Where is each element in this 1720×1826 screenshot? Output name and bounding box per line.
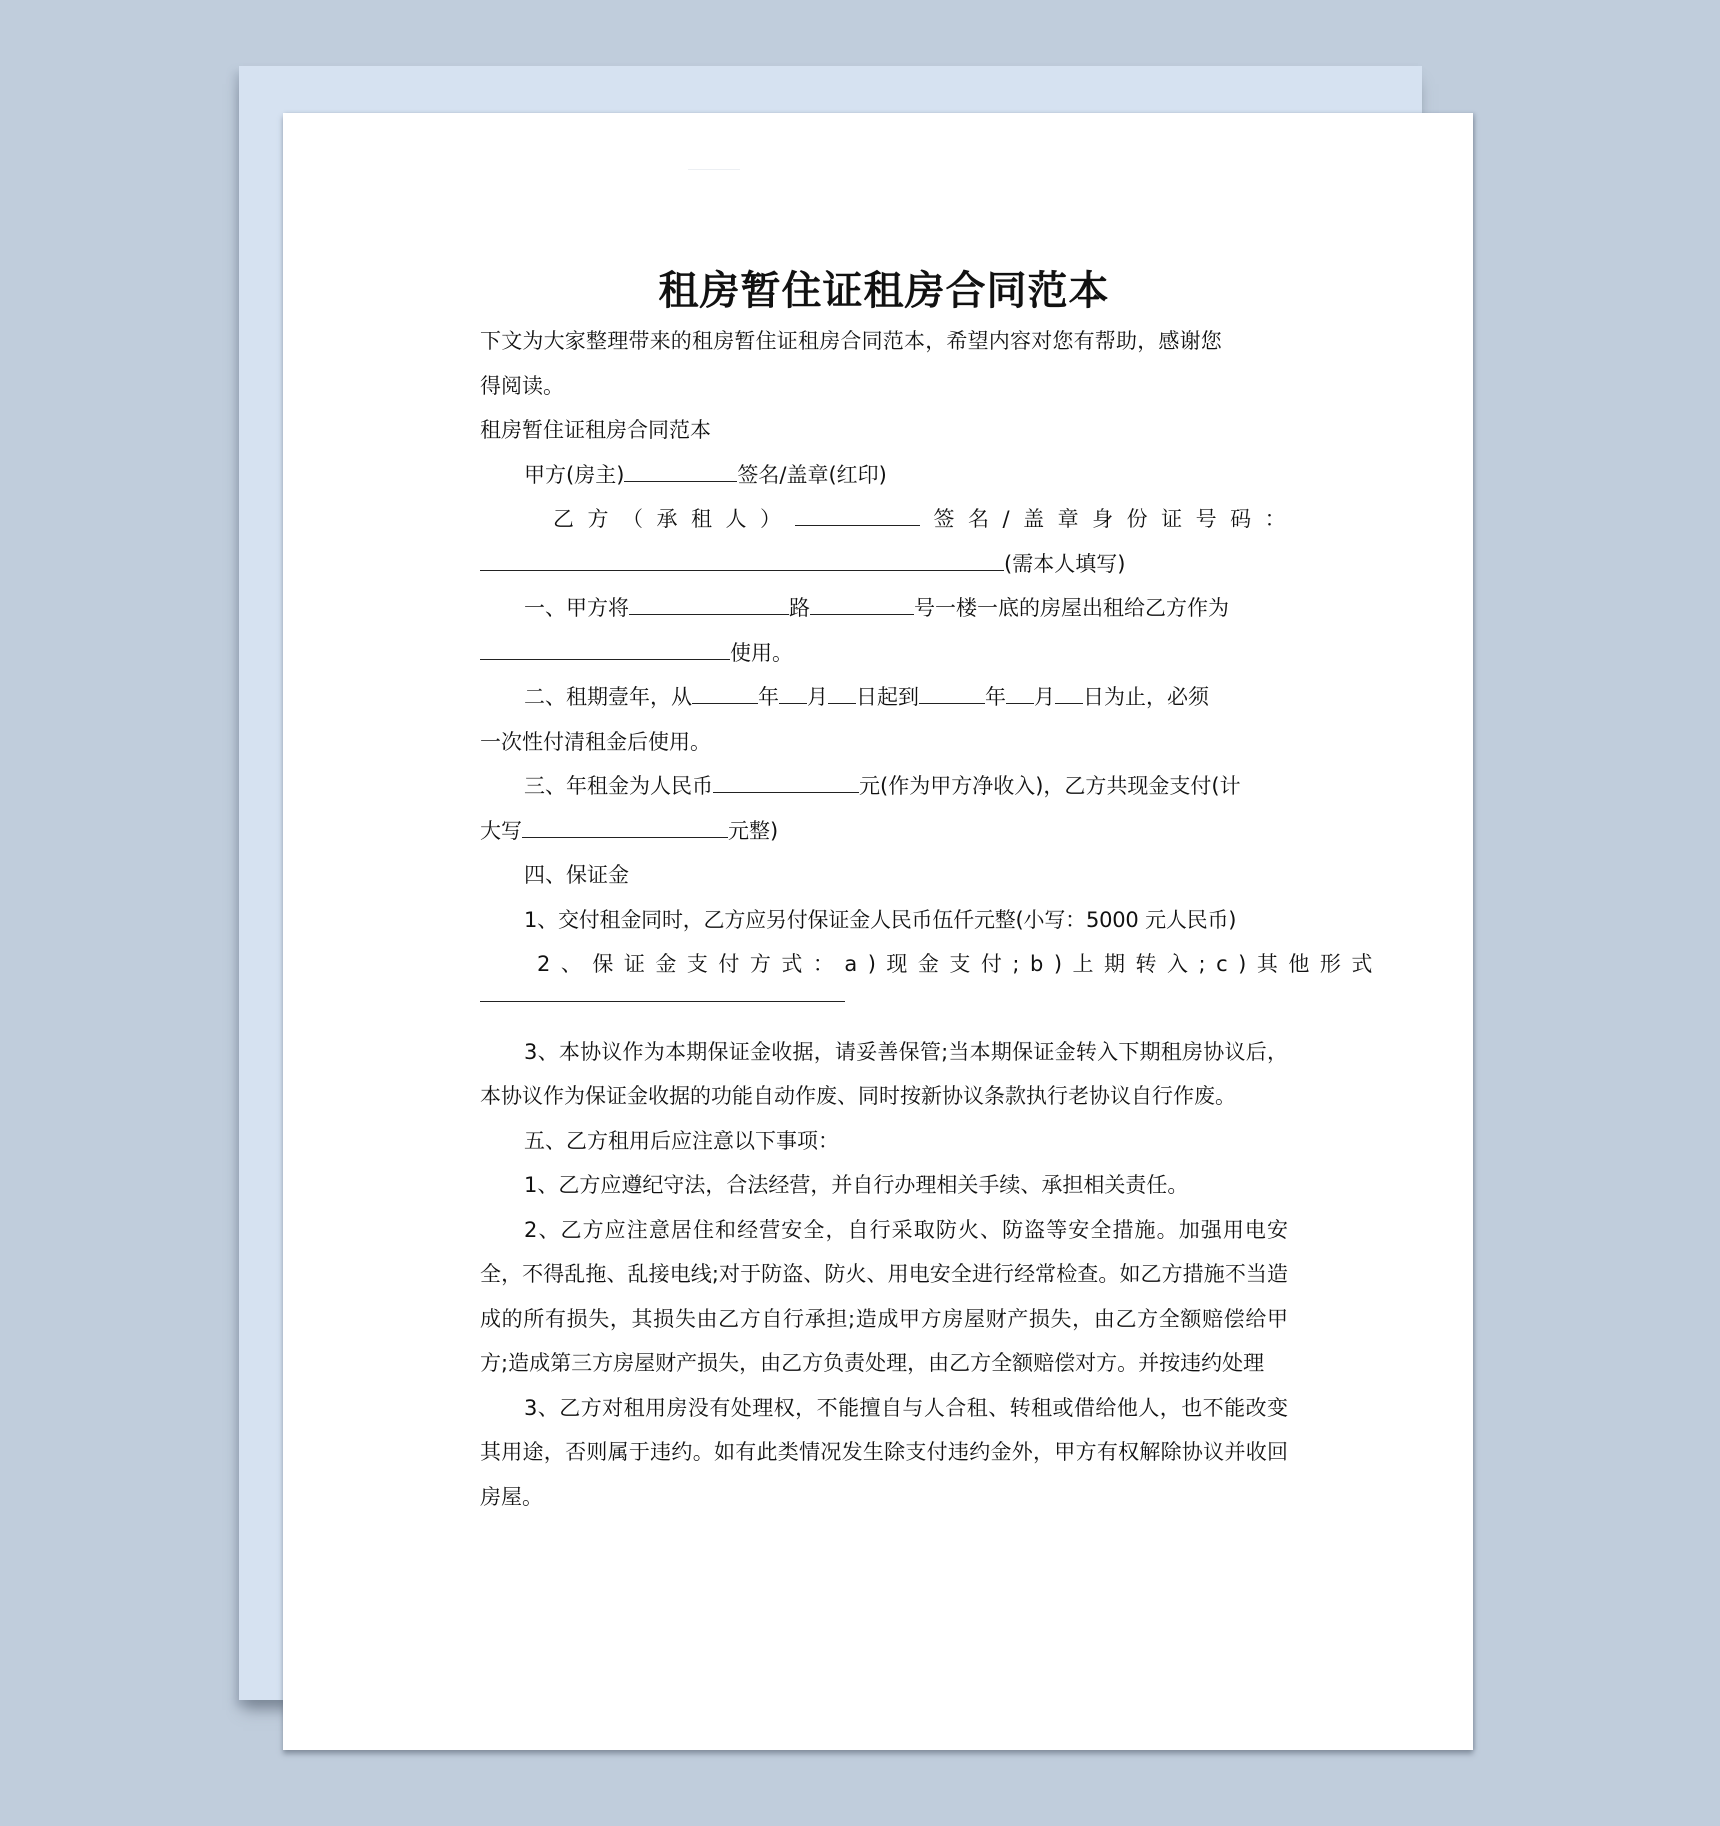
- day-label: 日起到: [856, 685, 919, 709]
- clause-3-end: 元整): [728, 819, 778, 843]
- clause-5-heading: 五、乙方租用后应注意以下事项：: [480, 1119, 1288, 1164]
- party-b-note: (需本人填写): [1004, 552, 1125, 576]
- party-b-id-blank[interactable]: [480, 552, 1004, 571]
- capital-label: 大写: [480, 819, 522, 843]
- clause-1-mid: 号一楼一底的房屋出租给乙方作为: [914, 596, 1229, 620]
- clause-3-prefix: 三、年租金为人民币: [524, 774, 713, 798]
- header-mark: [688, 169, 740, 170]
- end-day-blank[interactable]: [1055, 685, 1083, 704]
- clause-4-item-3: 3、本协议作为本期保证金收据，请妥善保管;当本期保证金转入下期租房协议后，本协议…: [480, 1030, 1288, 1119]
- document-body: 租房暂住证租房合同范本 下文为大家整理带来的租房暂住证租房合同范本，希望内容对您…: [480, 263, 1288, 1519]
- usage-blank[interactable]: [480, 641, 730, 660]
- other-form-blank[interactable]: [480, 1001, 845, 1002]
- document-title: 租房暂住证租房合同范本: [480, 263, 1288, 319]
- clause-5-item-1: 1、乙方应遵纪守法，合法经营，并自行办理相关手续、承担相关责任。: [480, 1163, 1288, 1208]
- number-blank[interactable]: [810, 596, 914, 615]
- month-label: 月: [1034, 685, 1055, 709]
- clause-5-item-3: 3、乙方对租用房没有处理权，不能擅自与人合租、转租或借给他人，也不能改变其用途，…: [480, 1386, 1288, 1520]
- party-b-line: 乙方（承租人）签名/盖章身份证号码：: [480, 497, 1288, 542]
- clause-4-heading: 四、保证金: [480, 853, 1288, 898]
- clause-1: 一、甲方将路号一楼一底的房屋出租给乙方作为: [480, 586, 1288, 631]
- document-subtitle: 租房暂住证租房合同范本: [480, 408, 1288, 453]
- party-a-line: 甲方(房主)签名/盖章(红印): [480, 453, 1288, 498]
- clause-3-line-2: 大写元整): [480, 809, 1288, 854]
- clause-5-item-2: 2、乙方应注意居住和经营安全，自行采取防火、防盗等安全措施。加强用电安全，不得乱…: [480, 1208, 1288, 1386]
- clause-1-prefix: 一、甲方将: [524, 596, 629, 620]
- party-b-suffix: 签名/盖章身份证号码：: [934, 507, 1300, 531]
- capital-amount-blank[interactable]: [522, 819, 728, 838]
- clause-3-mid: 元(作为甲方净收入)，乙方共现金支付(计: [859, 774, 1241, 798]
- start-year-blank[interactable]: [692, 685, 758, 704]
- start-month-blank[interactable]: [779, 685, 807, 704]
- year-label: 年: [758, 685, 779, 709]
- intro-line-1: 下文为大家整理带来的租房暂住证租房合同范本，希望内容对您有帮助，感谢您: [480, 319, 1288, 364]
- intro-line-2: 得阅读。: [480, 364, 1288, 409]
- party-b-signature-blank[interactable]: [795, 507, 920, 526]
- party-a-signature-blank[interactable]: [624, 463, 737, 482]
- clause-3: 三、年租金为人民币元(作为甲方净收入)，乙方共现金支付(计: [480, 764, 1288, 809]
- clause-2-line-2: 一次性付清租金后使用。: [480, 720, 1288, 765]
- month-label: 月: [807, 685, 828, 709]
- clause-1-road: 路: [789, 596, 810, 620]
- party-a-suffix: 签名/盖章(红印): [737, 463, 886, 487]
- rent-amount-blank[interactable]: [713, 774, 859, 793]
- clause-1-end: 使用。: [730, 641, 793, 665]
- clause-4-item-1: 1、交付租金同时，乙方应另付保证金人民币伍仟元整(小写：5000 元人民币): [480, 898, 1288, 943]
- party-a-label: 甲方(房主): [524, 463, 624, 487]
- clause-4-item-2: 2、保证金支付方式：a)现金支付;b)上期转入;c)其他形式: [480, 942, 1288, 987]
- document-page: 租房暂住证租房合同范本 下文为大家整理带来的租房暂住证租房合同范本，希望内容对您…: [283, 113, 1473, 1750]
- end-year-blank[interactable]: [919, 685, 985, 704]
- road-blank[interactable]: [629, 596, 789, 615]
- party-b-id-line: (需本人填写): [480, 542, 1288, 587]
- clause-1-line-2: 使用。: [480, 631, 1288, 676]
- year-label: 年: [985, 685, 1006, 709]
- party-b-label: 乙方（承租人）: [553, 507, 795, 531]
- day-label: 日为止，必须: [1083, 685, 1209, 709]
- start-day-blank[interactable]: [828, 685, 856, 704]
- end-month-blank[interactable]: [1006, 685, 1034, 704]
- clause-2-prefix: 二、租期壹年，从: [524, 685, 692, 709]
- clause-2: 二、租期壹年，从年月日起到年月日为止，必须: [480, 675, 1288, 720]
